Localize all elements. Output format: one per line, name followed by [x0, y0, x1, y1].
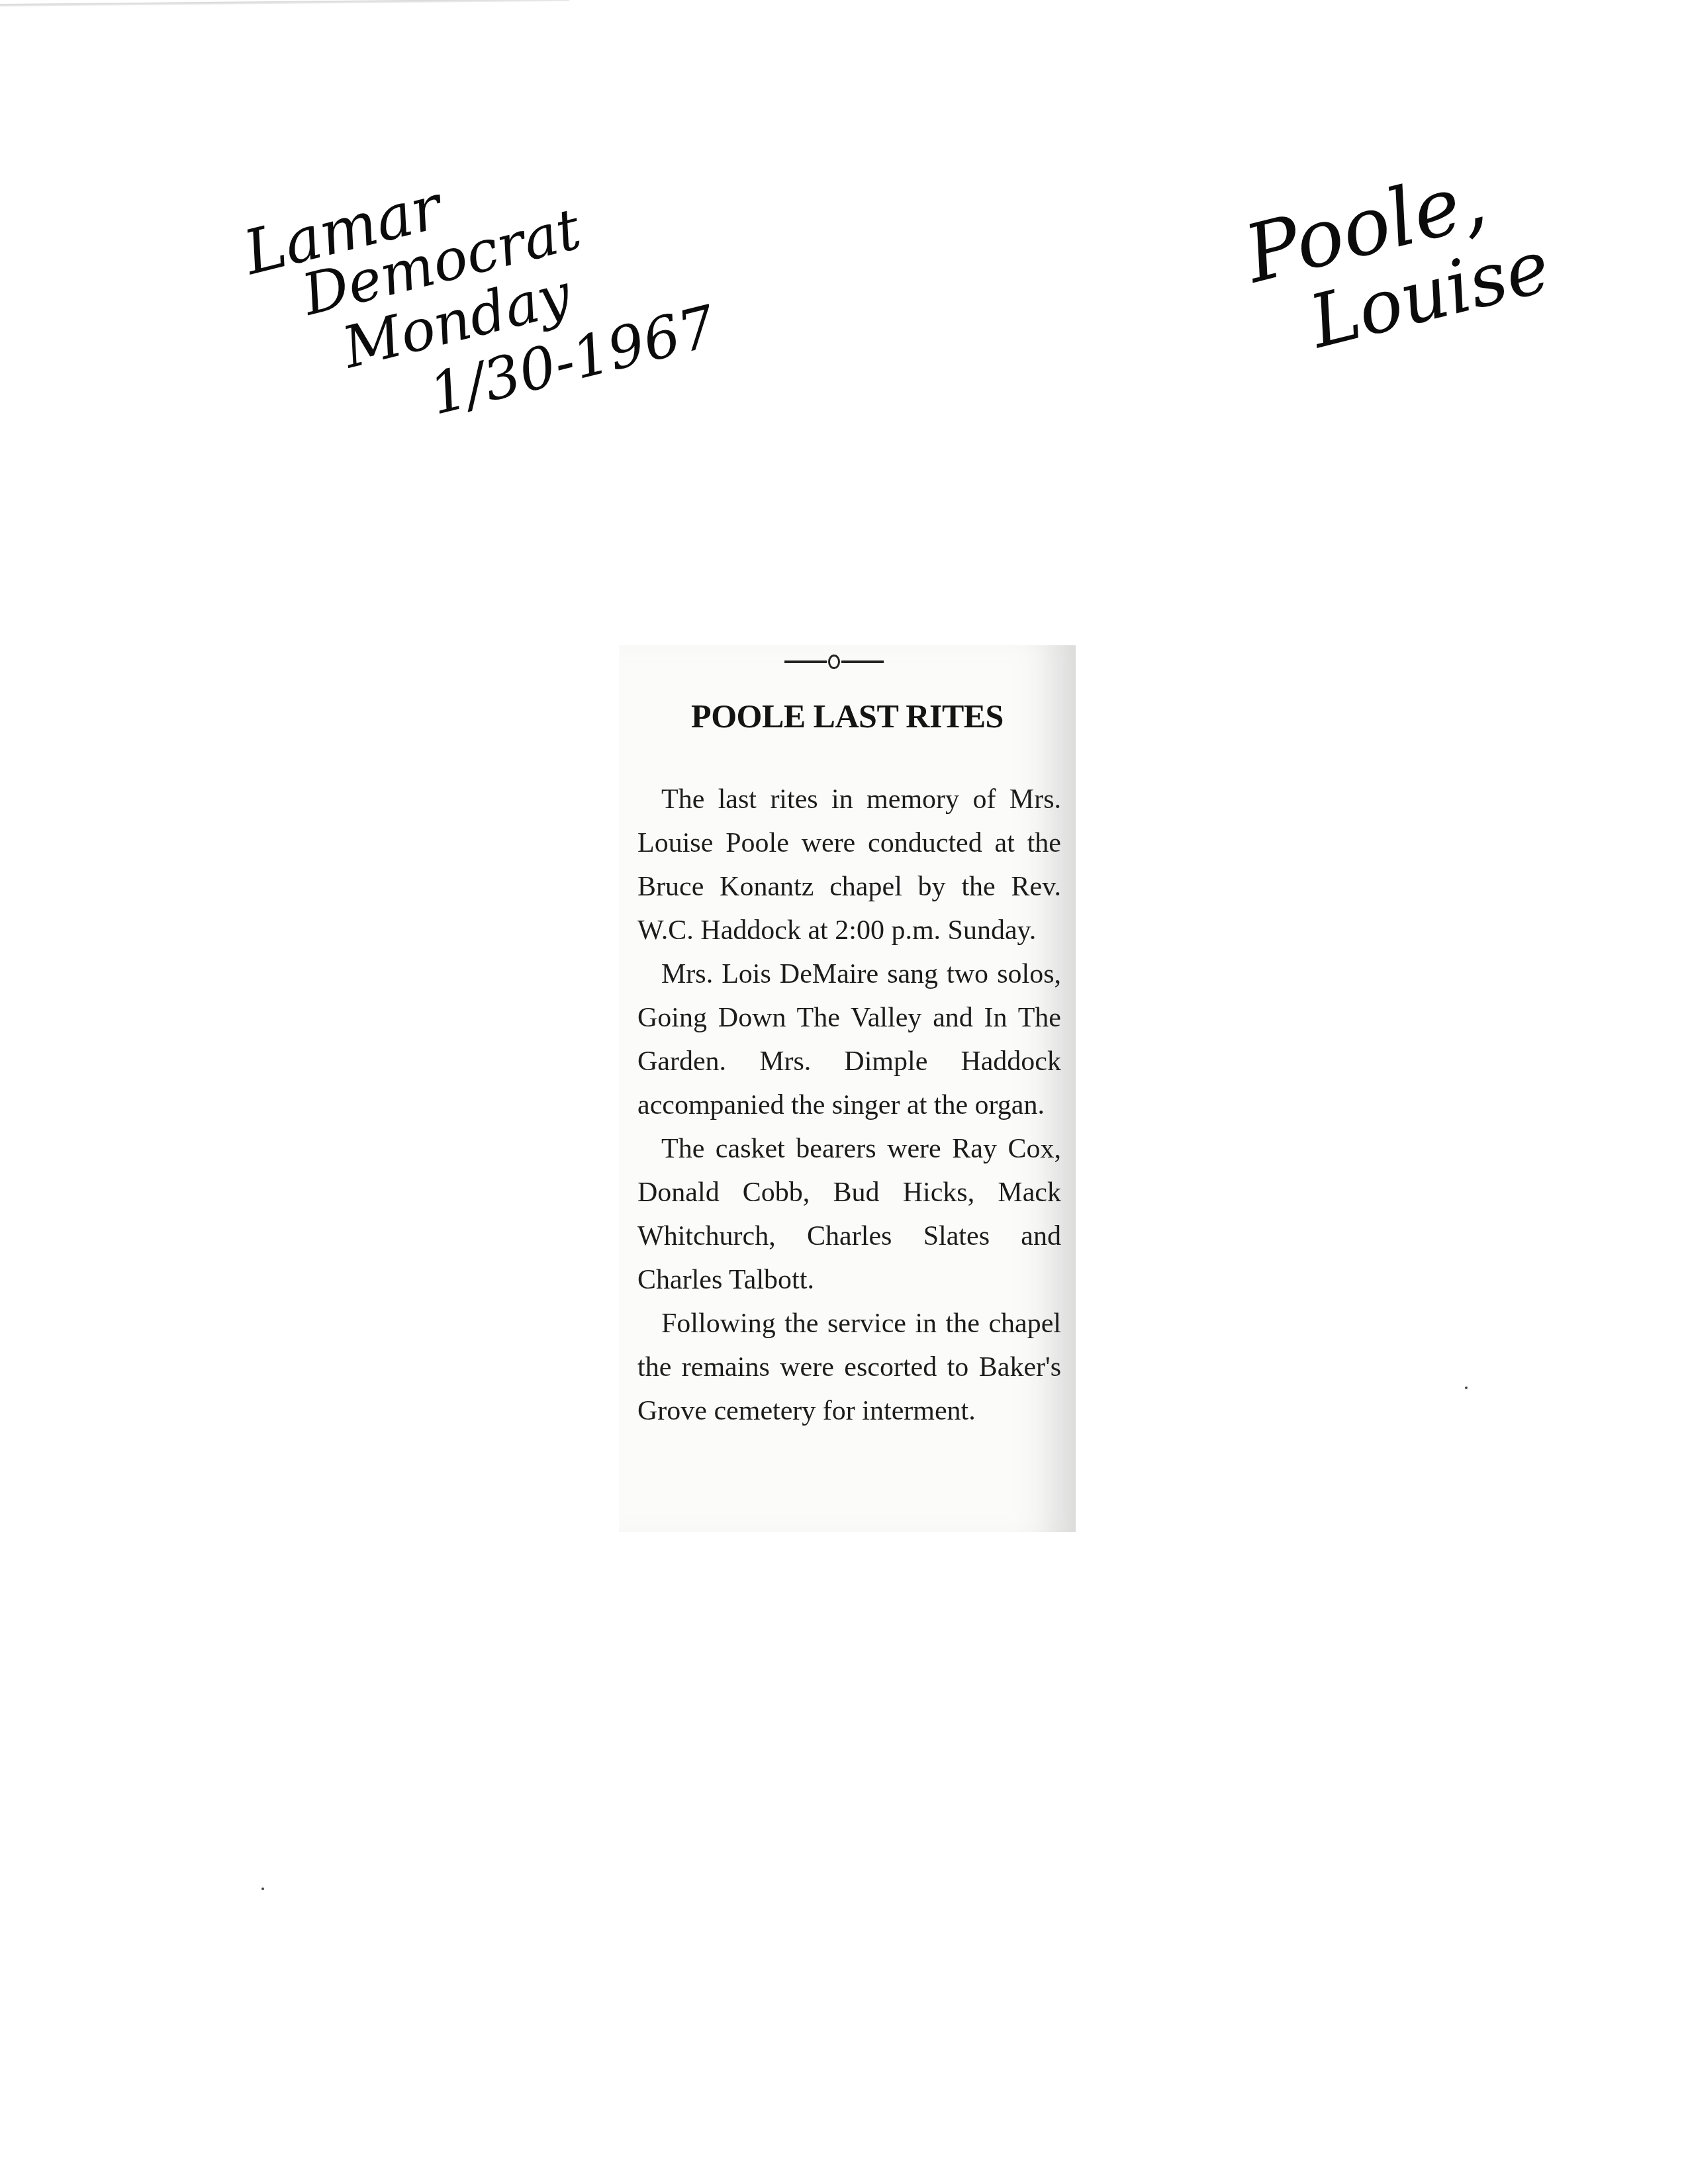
- paragraph-casket-bearers: The casket bearers were Ray Cox, Donald …: [637, 1127, 1061, 1302]
- handwritten-source-note: Lamar Democrat Monday 1/30-1967: [238, 119, 721, 459]
- separator-rule: [784, 655, 884, 668]
- newspaper-clipping: POOLE LAST RITES The last rites in memor…: [619, 645, 1076, 1532]
- paragraph-interment: Following the service in the chapel the …: [637, 1302, 1061, 1433]
- handwritten-subject-note: Poole, Louise: [1238, 148, 1556, 370]
- paragraph-service: The last rites in memory of Mrs. Louise …: [637, 778, 1061, 952]
- scan-edge-artifact: [0, 0, 569, 7]
- clipping-body: The last rites in memory of Mrs. Louise …: [637, 778, 1061, 1433]
- clipping-headline: POOLE LAST RITES: [619, 697, 1076, 735]
- dust-speck: [261, 1888, 264, 1890]
- dust-speck: [1465, 1387, 1468, 1389]
- paragraph-music: Mrs. Lois DeMaire sang two solos, Going …: [637, 952, 1061, 1127]
